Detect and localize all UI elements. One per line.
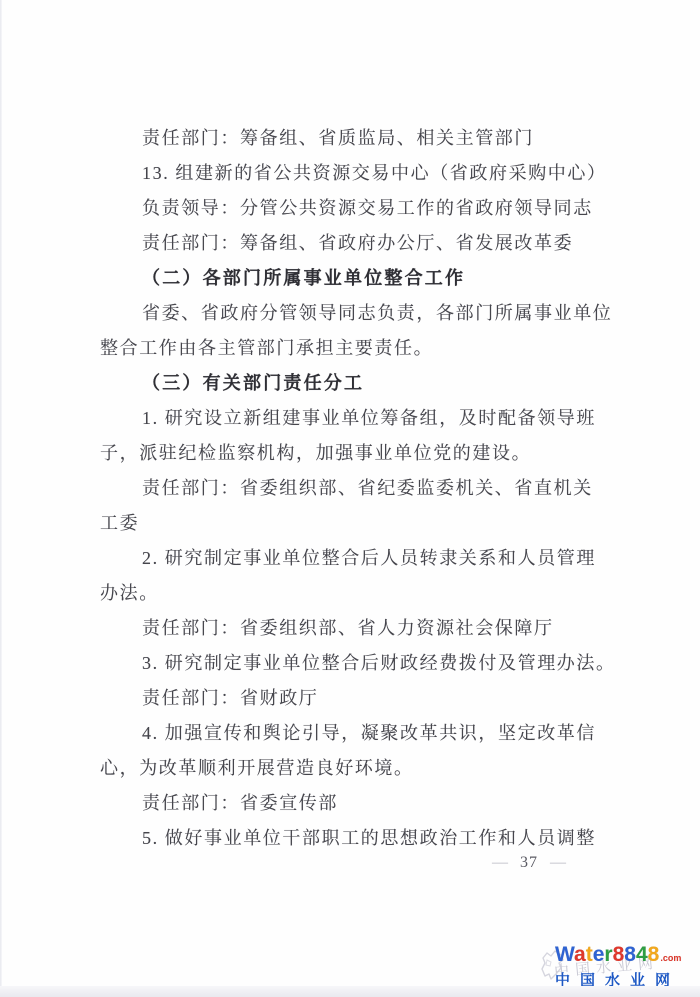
brand-letter: a [574,943,586,966]
brand-letter: W [555,943,574,966]
text-line: 13. 组建新的省公共资源交易中心（省政府采购中心） [100,156,605,191]
brand-letter: t [586,943,593,966]
brand-letter: e [593,943,605,966]
text-line: 2. 研究制定事业单位整合后人员转隶关系和人员管理 [100,541,605,576]
brand-letter: 8 [648,943,660,966]
text-line: 省委、省政府分管领导同志负责，各部门所属事业单位 [100,296,605,331]
text-line: 心，为改革顺利开展营造良好环境。 [100,751,605,786]
text-line: 整合工作由各主管部门承担主要责任。 [100,331,605,366]
text-line: 责任部门：筹备组、省质监局、相关主管部门 [100,121,605,156]
page-number-value: 37 [520,854,538,871]
water8848-watermark: 中国水业网 Water8848.com 中国水业网 [538,942,698,992]
page-number-dash-left: — [492,854,508,871]
brand-domain-suffix: .com [660,953,681,963]
text-line: 5. 做好事业单位干部职工的思想政治工作和人员调整 [100,821,605,856]
text-line: 责任部门：省财政厅 [100,681,605,716]
text-line: 责任部门：省委组织部、省人力资源社会保障厅 [100,611,605,646]
page-number-dash-right: — [550,854,566,871]
text-line: 责任部门：省委宣传部 [100,786,605,821]
text-line: 办法。 [100,576,605,611]
brand-letter: r [604,943,612,966]
document-body: 责任部门：筹备组、省质监局、相关主管部门13. 组建新的省公共资源交易中心（省政… [100,121,605,856]
text-line: 4. 加强宣传和舆论引导，凝聚改革共识，坚定改革信 [100,716,605,751]
scan-edge-left [0,0,2,997]
page-number: —37— [492,854,566,872]
text-line: 负责领导：分管公共资源交易工作的省政府领导同志 [100,191,605,226]
document-page: 责任部门：筹备组、省质监局、相关主管部门13. 组建新的省公共资源交易中心（省政… [0,0,700,997]
brand-letter: 8 [613,943,625,966]
brand-letter: 8 [624,943,636,966]
text-line: 责任部门：省委组织部、省纪委监委机关、省直机关 [100,471,605,506]
text-line: 责任部门：筹备组、省政府办公厅、省发展改革委 [100,226,605,261]
section-heading: （二）各部门所属事业单位整合工作 [100,261,605,296]
text-line: 3. 研究制定事业单位整合后财政经费拨付及管理办法。 [100,646,605,681]
water8848-brand-text: Water8848.com [555,943,681,967]
text-line: 1. 研究设立新组建事业单位筹备组，及时配备领导班 [100,401,605,436]
section-heading: （三）有关部门责任分工 [100,366,605,401]
scan-edge-bottom [0,986,700,997]
text-line: 工委 [100,506,605,541]
text-line: 子，派驻纪检监察机构，加强事业单位党的建设。 [100,436,605,471]
brand-letter: 4 [636,943,648,966]
